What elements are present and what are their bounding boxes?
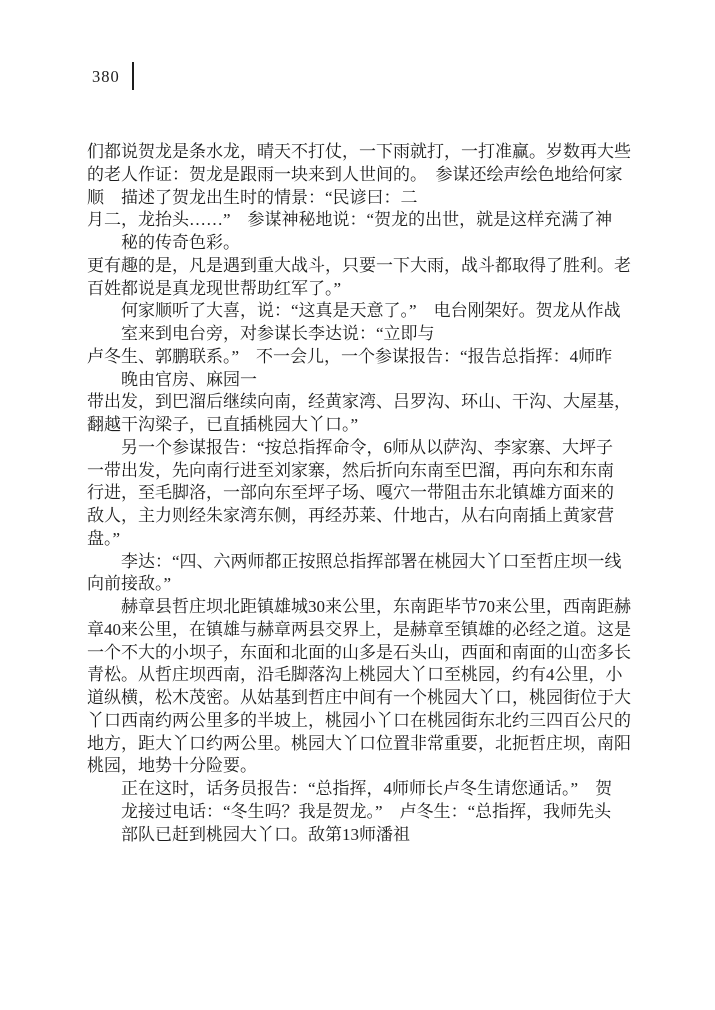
text-line: 正在这时，话务员报告：“总指挥，4师师长卢冬生请您通话。” 贺 [87, 778, 635, 801]
text-line: 何家顺听了大喜，说：“这真是天意了。” 电台刚架好。贺龙从作战 [87, 300, 635, 323]
book-page: 380 们都说贺龙是条水龙，晴天不打仗，一下雨就打，一打准赢。岁数再大些的老人作… [0, 0, 715, 1010]
text-line: 翻越干沟梁子，已直插桃园大丫口。” [87, 414, 635, 437]
text-line: 道纵横，松木茂密。从姑基到哲庄中间有一个桃园大丫口，桃园街位于大 [87, 687, 635, 710]
text-line: 丫口西南约两公里多的半坡上，桃园小丫口在桃园街东北约三四百公尺的 [87, 710, 635, 733]
text-line: 盘。” [87, 528, 635, 551]
text-line: 桃园，地势十分险要。 [87, 755, 635, 778]
text-line: 晚由官房、麻园一 [87, 369, 635, 392]
text-line: 行进，至毛脚洛，一部向东至坪子场、嘎穴一带阻击东北镇雄方面来的 [87, 482, 635, 505]
text-line: 秘的传奇色彩。 [87, 232, 635, 255]
text-line: 青松。从哲庄坝西南，沿毛脚落沟上桃园大丫口至桃园，约有4公里，小 [87, 664, 635, 687]
text-line: 卢冬生、郭鹏联系。” 不一会儿，一个参谋报告：“报告总指挥：4师昨 [87, 346, 635, 369]
text-line: 百姓都说是真龙现世帮助红军了。” [87, 278, 635, 301]
text-line: 李达：“四、六两师都正按照总指挥部署在桃园大丫口至哲庄坝一线 [87, 551, 635, 574]
text-line: 带出发，到巴溜后继续向南，经黄家湾、吕罗沟、环山、干沟、大屋基， [87, 391, 635, 414]
text-line: 们都说贺龙是条水龙，晴天不打仗，一下雨就打，一打准赢。岁数再大些 [87, 141, 635, 164]
text-line: 部队已赶到桃园大丫口。敌第13师潘祖 [87, 824, 635, 847]
text-line: 一带出发，先向南行进至刘家寨，然后折向东南至巴溜，再向东和东南 [87, 460, 635, 483]
text-line: 地方，距大丫口约两公里。桃园大丫口位置非常重要，北扼哲庄坝，南阳 [87, 733, 635, 756]
text-line: 向前接敌。” [87, 573, 635, 596]
text-line: 另一个参谋报告：“按总指挥命令，6师从以萨沟、李家寨、大坪子 [87, 437, 635, 460]
text-line: 章40来公里，在镇雄与赫章两县交界上，是赫章至镇雄的必经之道。这是 [87, 619, 635, 642]
text-line: 室来到电台旁，对参谋长李达说：“立即与 [87, 323, 635, 346]
text-line: 月二，龙抬头……” 参谋神秘地说：“贺龙的出世，就是这样充满了神 [87, 209, 635, 232]
page-number-divider [132, 62, 134, 90]
text-line: 赫章县哲庄坝北距镇雄城30来公里，东南距毕节70来公里，西南距赫 [87, 596, 635, 619]
text-line: 描述了贺龙出生时的情景：“民谚曰：二 [87, 187, 635, 210]
text-line: 一个不大的小坝子，东面和北面的山多是石头山，西面和南面的山峦多长 [87, 642, 635, 665]
page-header: 380 [92, 64, 134, 90]
page-number: 380 [92, 67, 120, 87]
text-line: 敌人，主力则经朱家湾东侧，再经苏莱、什地古，从右向南插上黄家营 [87, 505, 635, 528]
text-line: 的老人作证：贺龙是跟雨一块来到人世间的。 参谋还绘声绘色地给何家顺 [87, 164, 635, 187]
body-text: 们都说贺龙是条水龙，晴天不打仗，一下雨就打，一打准赢。岁数再大些的老人作证：贺龙… [87, 141, 635, 846]
text-line: 龙接过电话：“冬生吗？我是贺龙。” 卢冬生：“总指挥，我师先头 [87, 801, 635, 824]
text-line: 更有趣的是，凡是遇到重大战斗，只要一下大雨，战斗都取得了胜利。老 [87, 255, 635, 278]
